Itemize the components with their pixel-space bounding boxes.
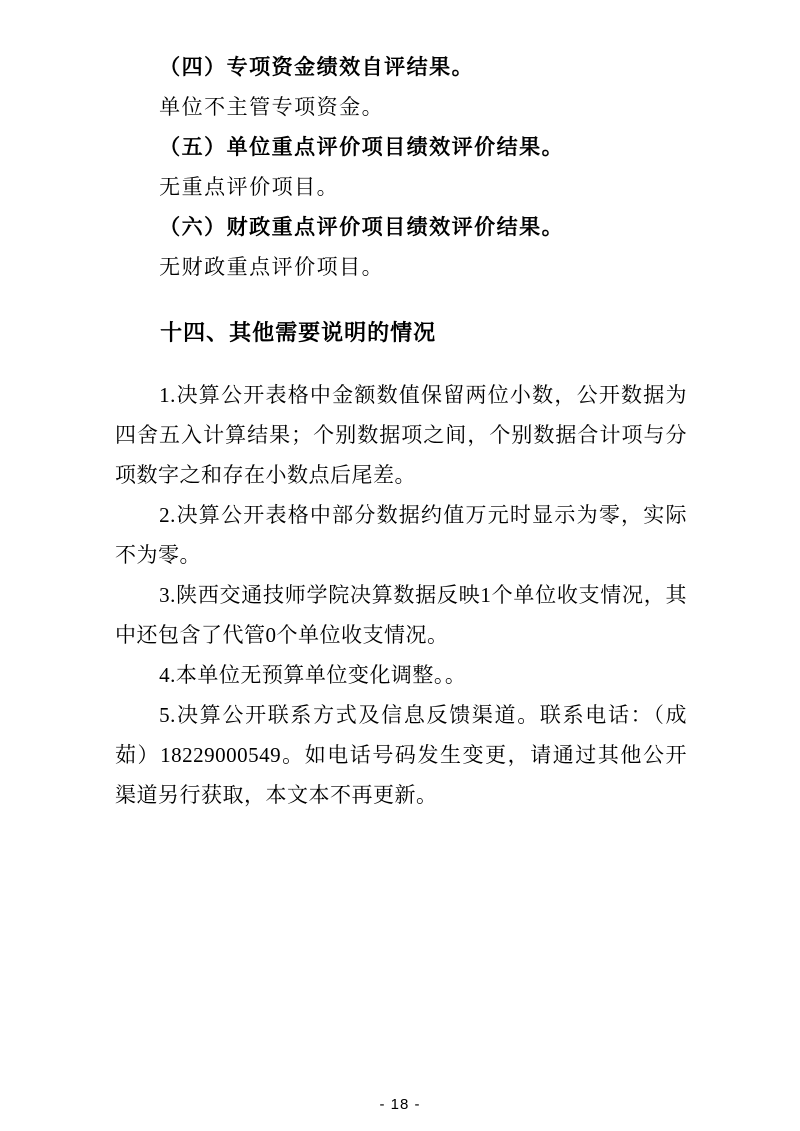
- chapter-heading-fourteen: 十四、其他需要说明的情况: [115, 313, 687, 353]
- note-paragraph-1: 1.决算公开表格中金额数值保留两位小数，公开数据为四舍五入计算结果；个别数据项之…: [115, 375, 687, 495]
- note-paragraph-3: 3.陕西交通技师学院决算数据反映1个单位收支情况，其中还包含了代管0个单位收支情…: [115, 575, 687, 655]
- note-paragraph-5: 5.决算公开联系方式及信息反馈渠道。联系电话：（成茹）18229000549。如…: [115, 695, 687, 815]
- section-body-4: 单位不主管专项资金。: [115, 87, 687, 127]
- section-heading-6: （六）财政重点评价项目绩效评价结果。: [115, 207, 687, 247]
- note-paragraph-2: 2.决算公开表格中部分数据约值万元时显示为零，实际不为零。: [115, 495, 687, 575]
- document-content: （四）专项资金绩效自评结果。 单位不主管专项资金。 （五）单位重点评价项目绩效评…: [115, 47, 687, 815]
- document-page: （四）专项资金绩效自评结果。 单位不主管专项资金。 （五）单位重点评价项目绩效评…: [0, 0, 800, 1131]
- section-heading-4: （四）专项资金绩效自评结果。: [115, 47, 687, 87]
- page-number: - 18 -: [0, 1096, 800, 1113]
- section-heading-5: （五）单位重点评价项目绩效评价结果。: [115, 127, 687, 167]
- section-body-5: 无重点评价项目。: [115, 167, 687, 207]
- note-paragraph-4: 4.本单位无预算单位变化调整。。: [115, 655, 687, 695]
- section-body-6: 无财政重点评价项目。: [115, 247, 687, 287]
